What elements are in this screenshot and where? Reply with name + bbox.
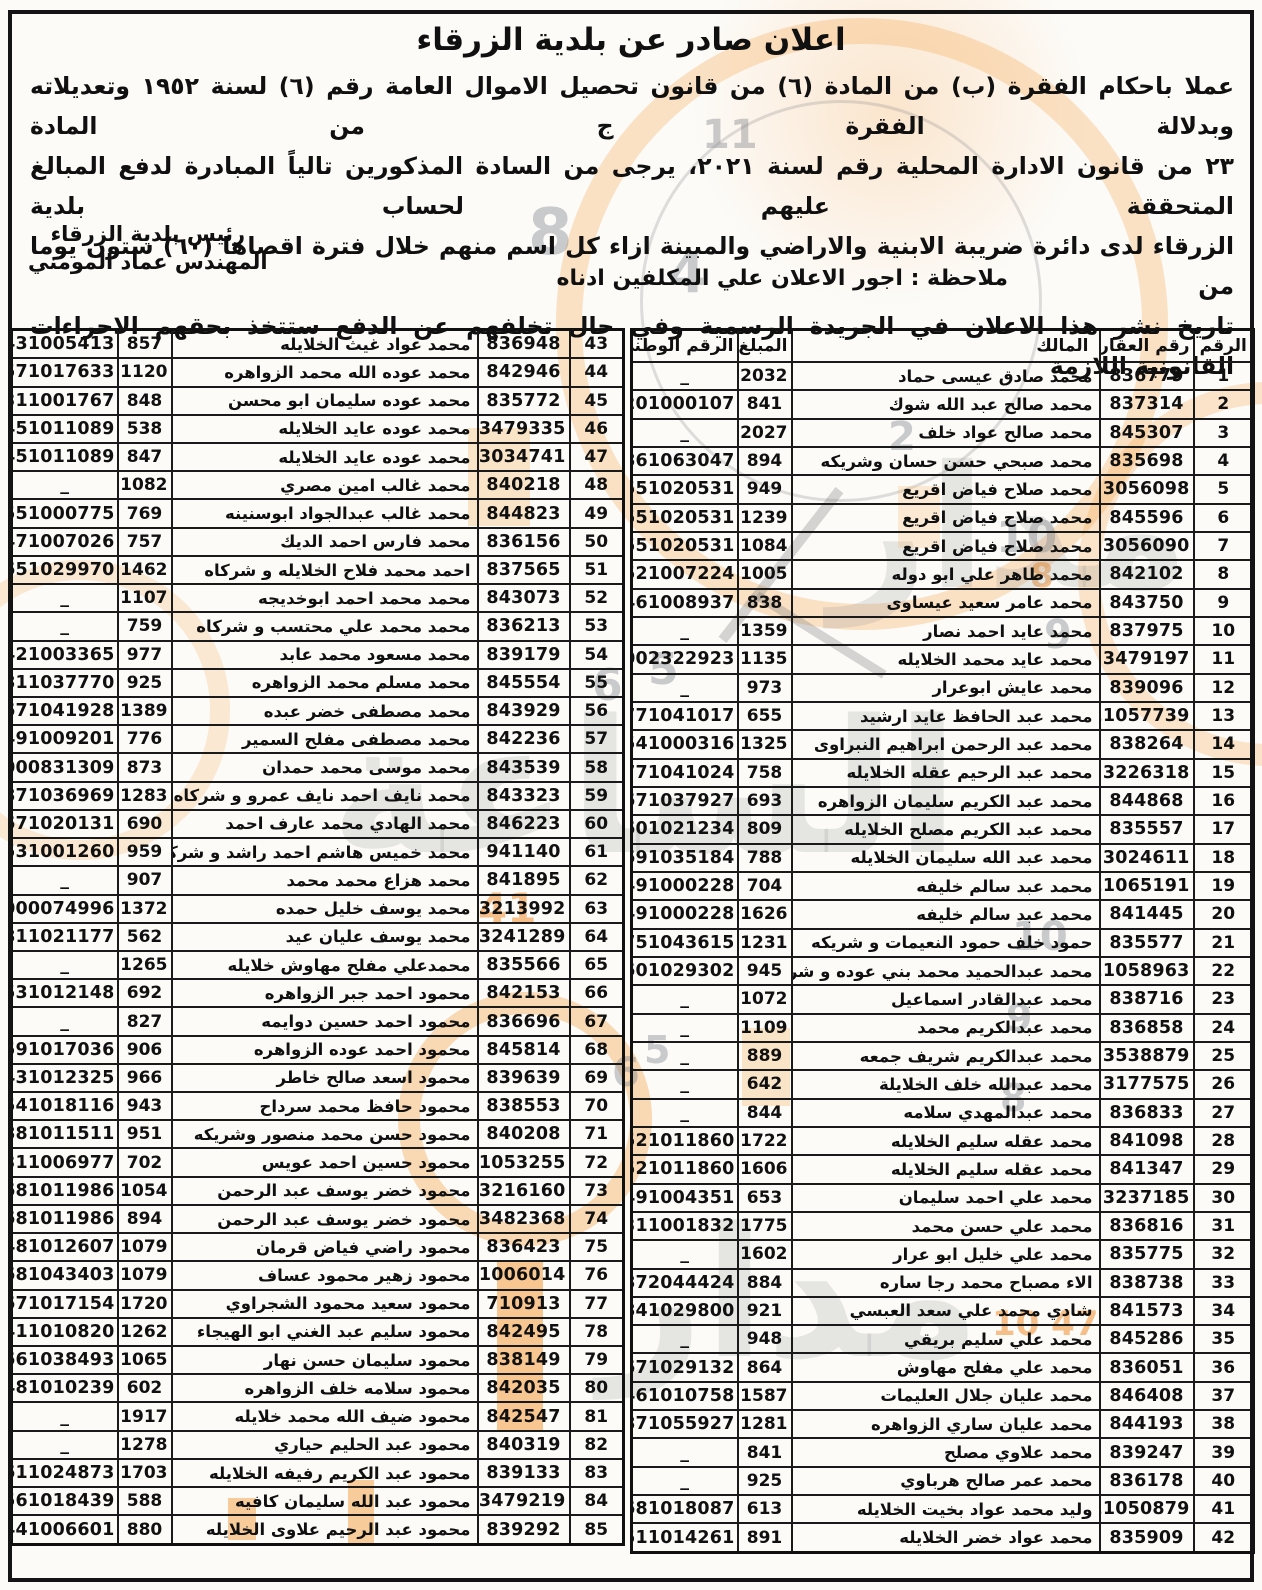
national-id-cell: 9881011511 — [12, 1120, 118, 1148]
table-row: 263177575محمد عبدالله خلف الخلايلة642_ — [632, 1070, 1254, 1098]
property-number-cell: 21053255 — [478, 1148, 570, 1176]
table-row: 253538879محمد عبدالكريم شريف جمعه889_ — [632, 1042, 1254, 1070]
amount-cell: 1135 — [738, 645, 792, 673]
property-number-cell: 845596 — [1100, 504, 1194, 532]
amount-cell: 880 — [118, 1515, 172, 1544]
row-number-cell: 18 — [1194, 844, 1254, 872]
national-id-cell: 9491000228 — [632, 900, 738, 928]
property-number-cell: 3213992 — [478, 895, 570, 923]
national-id-cell: 9872044424 — [632, 1269, 738, 1297]
row-number-cell: 10 — [1194, 617, 1254, 645]
body-line: عملا باحكام الفقرة (ب) من المادة (٦) من … — [30, 66, 1234, 146]
owner-name-cell: محمود اسعد صالح خاطر — [172, 1064, 478, 1092]
owner-name-cell: محمد عبد الكريم سليمان الزواهره — [792, 787, 1100, 815]
row-number-cell: 13 — [1194, 702, 1254, 730]
property-number-cell: 835775 — [1100, 1240, 1194, 1268]
owner-name-cell: محمد عوده عايد الخلايله — [172, 443, 478, 471]
national-id-cell: 9451011089 — [12, 443, 118, 471]
row-number-cell: 60 — [570, 810, 624, 838]
amount-cell: 1720 — [118, 1290, 172, 1318]
amount-cell: 1917 — [118, 1402, 172, 1430]
table-row: 643241289محمد يوسف عليان عيد562981102117… — [12, 923, 624, 951]
national-id-cell: 9671029132 — [632, 1353, 738, 1381]
table-row: 2837314محمد صالح عبد الله شوك84192010001… — [632, 390, 1254, 418]
property-number-cell: 841347 — [1100, 1155, 1194, 1183]
table-row: 48840218محمد غالب امين مصري1082_ — [12, 471, 624, 499]
amount-cell: 562 — [118, 923, 172, 951]
amount-cell: 1262 — [118, 1318, 172, 1346]
row-number-cell: 70 — [570, 1092, 624, 1120]
owner-name-cell: محمد نايف احمد نايف عمرو و شركاه — [172, 782, 478, 810]
row-number-cell: 47 — [570, 443, 624, 471]
row-number-cell: 30 — [1194, 1184, 1254, 1212]
property-number-cell: 1006014 — [478, 1261, 570, 1289]
row-number-cell: 36 — [1194, 1353, 1254, 1381]
amount-cell: 841 — [738, 1438, 792, 1466]
property-number-cell: 845814 — [478, 1036, 570, 1064]
property-number-cell: 3034741 — [478, 443, 570, 471]
property-number-cell: 836833 — [1100, 1099, 1194, 1127]
owner-name-cell: محمدعلي مفلح مهاوش خلايله — [172, 951, 478, 979]
property-number-cell: 844823 — [478, 499, 570, 527]
table-row: 6845596محمد صلاح فياض اقريع1239955102053… — [632, 504, 1254, 532]
national-id-cell: _ — [632, 419, 738, 447]
table-row: 77710913محمود سعيد محمود الشجراوي1720967… — [12, 1290, 624, 1318]
table-row: 85839292محمود عبد الرحيم علاوى الخلايله8… — [12, 1515, 624, 1544]
table-row: 303237185محمد علي احمد سليمان65394910043… — [632, 1184, 1254, 1212]
national-id-cell: 2002322923 — [632, 645, 738, 673]
table-row: 69839639محمود اسعد صالح خاطر966943101232… — [12, 1064, 624, 1092]
property-number-cell: 836156 — [478, 528, 570, 556]
amount-cell: 1626 — [738, 900, 792, 928]
row-number-cell: 85 — [570, 1515, 624, 1544]
national-id-cell: 9841029800 — [632, 1297, 738, 1325]
row-number-cell: 35 — [1194, 1325, 1254, 1353]
table-row: 61941140محمد خميس هاشم احمد راشد و شركاه… — [12, 838, 624, 866]
table-row: 35845286محمد علي سليم بريقي948_ — [632, 1325, 1254, 1353]
table-row: 56843929محمد مصطفى خضر عبده1389967104192… — [12, 697, 624, 725]
amount-cell: 841 — [738, 390, 792, 418]
national-id-cell: 9481010239 — [12, 1374, 118, 1402]
table-row: 1321057739محمد عبد الحافظ عايد ارشيد6559… — [632, 702, 1254, 730]
owner-name-cell: محمد عبد الكريم مصلح الخلايله — [792, 815, 1100, 843]
owner-name-cell: محمد عليان جلال العليمات — [792, 1382, 1100, 1410]
header-owner: المالك — [792, 330, 1100, 363]
owner-name-cell: محمد عوده سليمان ابو محسن — [172, 387, 478, 415]
national-id-cell: 9811021177 — [12, 923, 118, 951]
owner-name-cell: محمد عبد الرحمن ابراهيم النبراوى — [792, 730, 1100, 758]
national-id-cell: 9691035184 — [632, 844, 738, 872]
row-number-cell: 53 — [570, 612, 624, 640]
property-number-cell: 835909 — [1100, 1523, 1194, 1552]
property-number-cell: 3479335 — [478, 415, 570, 443]
row-number-cell: 22 — [1194, 957, 1254, 985]
property-number-cell: 836178 — [1100, 1467, 1194, 1495]
national-id-cell: 9461008937 — [632, 589, 738, 617]
property-number-cell: 843929 — [478, 697, 570, 725]
property-number-cell: 845286 — [1100, 1325, 1194, 1353]
table-row: 183024611محمد عبد الله سليمان الخلايله78… — [632, 844, 1254, 872]
owner-name-cell: محمود حسن محمد منصور وشريكه — [172, 1120, 478, 1148]
row-number-cell: 66 — [570, 979, 624, 1007]
national-id-cell: 9601021234 — [632, 815, 738, 843]
property-number-cell: 838716 — [1100, 985, 1194, 1013]
table-row: 27836833محمد عبدالمهدي سلامه844_ — [632, 1099, 1254, 1127]
national-id-cell: 9601029302 — [632, 957, 738, 985]
row-number-cell: 31 — [1194, 1212, 1254, 1240]
amount-cell: 847 — [118, 443, 172, 471]
row-number-cell: 14 — [1194, 730, 1254, 758]
national-id-cell: 9431012325 — [12, 1064, 118, 1092]
property-number-cell: 21057739 — [1100, 702, 1194, 730]
amount-cell: 1265 — [118, 951, 172, 979]
property-number-cell: 838553 — [478, 1092, 570, 1120]
amount-cell: 844 — [738, 1099, 792, 1127]
owner-name-cell: محمود سليم عبد الغني ابو الهيجاء — [172, 1318, 478, 1346]
property-number-cell: 836816 — [1100, 1212, 1194, 1240]
owner-name-cell: حمود خلف حمود النعيمات و شريكه — [792, 929, 1100, 957]
amount-cell: 1359 — [738, 617, 792, 645]
row-number-cell: 61 — [570, 838, 624, 866]
amount-cell: 538 — [118, 415, 172, 443]
table-row: 4835698محمد صبحي حسن حسان وشريكه89498610… — [632, 447, 1254, 475]
national-id-cell: 9651029970 — [12, 556, 118, 584]
property-number-cell: 3479219 — [478, 1487, 570, 1515]
amount-cell: 655 — [738, 702, 792, 730]
national-id-cell: _ — [12, 1007, 118, 1035]
national-id-cell: _ — [12, 866, 118, 894]
table-row: 70838553محمود حافظ محمد سرداح94395410181… — [12, 1092, 624, 1120]
national-id-cell: 9871036969 — [12, 782, 118, 810]
amount-cell: 613 — [738, 1495, 792, 1523]
national-id-cell: _ — [632, 1070, 738, 1098]
amount-cell: 894 — [118, 1205, 172, 1233]
national-id-cell: 9811037770 — [12, 669, 118, 697]
table-row: 843479219محمود عبد الله سليمان كافيه5889… — [12, 1487, 624, 1515]
owner-name-cell: محمد عبدالكريم محمد — [792, 1014, 1100, 1042]
amount-cell: 827 — [118, 1007, 172, 1035]
amount-cell: 857 — [118, 330, 172, 359]
property-number-cell: 836858 — [1100, 1014, 1194, 1042]
table-row: 12839096محمد عايش ابوعرار973_ — [632, 674, 1254, 702]
owner-name-cell: محمد صبحي حسن حسان وشريكه — [792, 447, 1100, 475]
national-id-cell: 9671037927 — [632, 787, 738, 815]
owner-name-cell: محمود سليمان حسن نهار — [172, 1346, 478, 1374]
owner-name-cell: محمد عبد الله سليمان الخلايله — [792, 844, 1100, 872]
owner-name-cell: محمود خضر يوسف عبد الرحمن — [172, 1205, 478, 1233]
national-id-cell: 9551020531 — [632, 504, 738, 532]
row-number-cell: 84 — [570, 1487, 624, 1515]
property-number-cell: 3216160 — [478, 1177, 570, 1205]
header-row-number: الرقم — [1194, 330, 1254, 363]
amount-cell: 1325 — [738, 730, 792, 758]
owner-name-cell: محمود عبد الله سليمان كافيه — [172, 1487, 478, 1515]
national-id-cell: 9311001832 — [632, 1212, 738, 1240]
table-row: 83839133محمود عبد الكريم رفيفه الخلايله1… — [12, 1459, 624, 1487]
national-id-cell: 9681011986 — [12, 1177, 118, 1205]
table-row: 36836051محمد علي مفلح مهاوش8649671029132 — [632, 1353, 1254, 1381]
property-number-cell: 836213 — [478, 612, 570, 640]
taxpayers-table-rows-1-42: الرقم رقم العقار المالك المبلغ الرقم الو… — [630, 328, 1255, 1554]
property-number-cell: 835772 — [478, 387, 570, 415]
national-id-cell: _ — [12, 1431, 118, 1459]
table-row: 37846408محمد عليان جلال العليمات15879461… — [632, 1382, 1254, 1410]
property-number-cell: 843750 — [1100, 589, 1194, 617]
amount-cell: 1602 — [738, 1240, 792, 1268]
amount-cell: 2027 — [738, 419, 792, 447]
property-number-cell: 842153 — [478, 979, 570, 1007]
row-number-cell: 56 — [570, 697, 624, 725]
national-id-cell: 9541000316 — [632, 730, 738, 758]
national-id-cell: 9521011860 — [632, 1127, 738, 1155]
amount-cell: 943 — [118, 1092, 172, 1120]
amount-cell: 848 — [118, 387, 172, 415]
national-id-cell: _ — [632, 985, 738, 1013]
owner-name-cell: محمد عايد محمد الخلايله — [792, 645, 1100, 673]
property-number-cell: 842547 — [478, 1402, 570, 1430]
property-number-cell: 839179 — [478, 641, 570, 669]
row-number-cell: 42 — [1194, 1523, 1254, 1552]
table-row: 71840208محمود حسن محمد منصور وشريكه95198… — [12, 1120, 624, 1148]
table-row: 3845307محمد صالح عواد خلف2027_ — [632, 419, 1254, 447]
owner-name-cell: محمود عبد الحليم حياري — [172, 1431, 478, 1459]
table-row: 33838738الاء مصباح محمد رجا ساره88498720… — [632, 1269, 1254, 1297]
property-number-cell: 842946 — [478, 358, 570, 386]
table-row: 14838264محمد عبد الرحمن ابراهيم النبراوى… — [632, 730, 1254, 758]
property-number-cell: 841895 — [478, 866, 570, 894]
national-id-cell: 9671017154 — [12, 1290, 118, 1318]
owner-name-cell: محمود سعيد محمود الشجراوي — [172, 1290, 478, 1318]
table-row: 31836816محمد علي حسن محمد17759311001832 — [632, 1212, 1254, 1240]
row-number-cell: 64 — [570, 923, 624, 951]
table-row: 23838716محمد عبدالقادر اسماعيل1072_ — [632, 985, 1254, 1013]
national-id-cell: 9531012148 — [12, 979, 118, 1007]
amount-cell: 1703 — [118, 1459, 172, 1487]
table-row: 62841895محمد هزاع محمد محمد907_ — [12, 866, 624, 894]
amount-cell: 1606 — [738, 1155, 792, 1183]
national-id-cell: _ — [632, 1240, 738, 1268]
table-row: 38844193محمد عليان ساري الزواهره12819871… — [632, 1410, 1254, 1438]
property-number-cell: 837975 — [1100, 617, 1194, 645]
property-number-cell: 842035 — [478, 1374, 570, 1402]
table-row: 58843539محمد موسى محمد حمدان873200083130… — [12, 753, 624, 781]
table-row: 17835557محمد عبد الكريم مصلح الخلايله809… — [632, 815, 1254, 843]
amount-cell: 1372 — [118, 895, 172, 923]
national-id-cell: _ — [632, 1325, 738, 1353]
table-row: 29841347محمد عقله سليم الخلايله160695210… — [632, 1155, 1254, 1183]
table-row: 633213992محمد يوسف خليل حمده137220000749… — [12, 895, 624, 923]
row-number-cell: 25 — [1194, 1042, 1254, 1070]
owner-name-cell: محمد علي سليم بريقي — [792, 1325, 1100, 1353]
announcement-title: اعلان صادر عن بلدية الزرقاء — [0, 22, 1262, 58]
property-number-cell: 842495 — [478, 1318, 570, 1346]
national-id-cell: 9671020131 — [12, 810, 118, 838]
row-number-cell: 2 — [1194, 390, 1254, 418]
national-id-cell: 9451011089 — [12, 415, 118, 443]
property-number-cell: 3056090 — [1100, 532, 1194, 560]
owner-name-cell: محمد عبدالمهدي سلامه — [792, 1099, 1100, 1127]
row-number-cell: 20 — [1194, 900, 1254, 928]
property-number-cell: 838149 — [478, 1346, 570, 1374]
owner-name-cell: محمد عقله سليم الخلايله — [792, 1127, 1100, 1155]
property-number-cell: 3024611 — [1100, 844, 1194, 872]
property-number-cell: 836423 — [478, 1233, 570, 1261]
property-number-cell: 843539 — [478, 753, 570, 781]
row-number-cell: 62 — [570, 866, 624, 894]
row-number-cell: 21 — [1194, 929, 1254, 957]
national-id-cell: 9491000228 — [632, 872, 738, 900]
row-number-cell: 58 — [570, 753, 624, 781]
owner-name-cell: محمود عبد الكريم رفيفه الخلايله — [172, 1459, 478, 1487]
row-number-cell: 78 — [570, 1318, 624, 1346]
row-number-cell: 24 — [1194, 1014, 1254, 1042]
announcement-content: اعلان صادر عن بلدية الزرقاء عملا باحكام … — [0, 0, 1262, 1590]
amount-cell: 1775 — [738, 1212, 792, 1240]
amount-cell: 1054 — [118, 1177, 172, 1205]
table-row: 473034741محمد عوده عايد الخلايله84794510… — [12, 443, 624, 471]
national-id-cell: 9671041928 — [12, 697, 118, 725]
amount-cell: 602 — [118, 1374, 172, 1402]
property-number-cell: 840319 — [478, 1431, 570, 1459]
owner-name-cell: محمد مصطفى خضر عبده — [172, 697, 478, 725]
table-row: 733216160محمود خضر يوسف عبد الرحمن105496… — [12, 1177, 624, 1205]
owner-name-cell: محمد هزاع محمد محمد — [172, 866, 478, 894]
property-number-cell: 836696 — [478, 1007, 570, 1035]
table-row: 9843750محمد عامر سعيد عيساوى838946100893… — [632, 589, 1254, 617]
row-number-cell: 28 — [1194, 1127, 1254, 1155]
property-number-cell: 835698 — [1100, 447, 1194, 475]
national-id-cell: 9531001260 — [12, 838, 118, 866]
national-id-cell: 9551000775 — [12, 499, 118, 527]
row-number-cell: 3 — [1194, 419, 1254, 447]
amount-cell: 692 — [118, 979, 172, 1007]
row-number-cell: 76 — [570, 1261, 624, 1289]
national-id-cell: _ — [632, 617, 738, 645]
national-id-cell: _ — [12, 1402, 118, 1430]
amount-cell: 948 — [738, 1325, 792, 1353]
amount-cell: 704 — [738, 872, 792, 900]
table-row: 40836178محمد عمر صالح هرباوي925_ — [632, 1467, 1254, 1495]
national-id-cell: 9681043403 — [12, 1261, 118, 1289]
owner-name-cell: محمد عواد خضر الخلايله — [792, 1523, 1100, 1552]
row-number-cell: 48 — [570, 471, 624, 499]
property-number-cell: 3482368 — [478, 1205, 570, 1233]
row-number-cell: 19 — [1194, 872, 1254, 900]
amount-cell: 1587 — [738, 1382, 792, 1410]
property-number-cell: 941140 — [478, 838, 570, 866]
row-number-cell: 34 — [1194, 1297, 1254, 1325]
amount-cell: 884 — [738, 1269, 792, 1297]
property-number-cell: 21050879 — [1100, 1495, 1194, 1523]
row-number-cell: 1 — [1194, 362, 1254, 390]
owner-name-cell: محمد عبدالقادر اسماعيل — [792, 985, 1100, 1013]
property-number-cell: 21058963 — [1100, 957, 1194, 985]
owner-name-cell: محمد صالح عواد خلف — [792, 419, 1100, 447]
row-number-cell: 77 — [570, 1290, 624, 1318]
table-row: 78842495محمود سليم عبد الغني ابو الهيجاء… — [12, 1318, 624, 1346]
amount-cell: 977 — [118, 641, 172, 669]
property-number-cell: 835566 — [478, 951, 570, 979]
amount-cell: 702 — [118, 1148, 172, 1176]
property-number-cell: 838738 — [1100, 1269, 1194, 1297]
amount-cell: 838 — [738, 589, 792, 617]
table-row: 79838149محمود سليمان حسن نهار10659661038… — [12, 1346, 624, 1374]
owner-name-cell: محمد عبدالله خلف الخلايلة — [792, 1070, 1100, 1098]
owner-name-cell: محمد غالب امين مصري — [172, 471, 478, 499]
property-number-cell: 836779 — [1100, 362, 1194, 390]
property-number-cell: 3226318 — [1100, 759, 1194, 787]
national-id-cell: 9471007026 — [12, 528, 118, 556]
amount-cell: 1082 — [118, 471, 172, 499]
table-row: 4121050879وليد محمد عواد بخيت الخلايله61… — [632, 1495, 1254, 1523]
row-number-cell: 39 — [1194, 1438, 1254, 1466]
table-row: 52843073محمد محمد احمد ابوخديجه1107_ — [12, 584, 624, 612]
amount-cell: 776 — [118, 725, 172, 753]
row-number-cell: 46 — [570, 415, 624, 443]
row-number-cell: 16 — [1194, 787, 1254, 815]
owner-name-cell: وليد محمد عواد بخيت الخلايله — [792, 1495, 1100, 1523]
table-row: 743482368محمود خضر يوسف عبد الرحمن894968… — [12, 1205, 624, 1233]
owner-name-cell: محمد يوسف خليل حمده — [172, 895, 478, 923]
row-number-cell: 7 — [1194, 532, 1254, 560]
table-row: 1836779محمد صادق عيسى حماد2032_ — [632, 362, 1254, 390]
amount-cell: 921 — [738, 1297, 792, 1325]
owner-name-cell: محمد خميس هاشم احمد راشد و شركاه — [172, 838, 478, 866]
row-number-cell: 71 — [570, 1120, 624, 1148]
property-number-cell: 3241289 — [478, 923, 570, 951]
property-number-cell: 841098 — [1100, 1127, 1194, 1155]
owner-name-cell: محمد مسلم محمد الزواهره — [172, 669, 478, 697]
national-id-cell: _ — [632, 362, 738, 390]
amount-cell: 1239 — [738, 504, 792, 532]
owner-name-cell: محمود خضر يوسف عبد الرحمن — [172, 1177, 478, 1205]
owner-name-cell: محمد محمد علي محتسب و شركاه — [172, 612, 478, 640]
national-id-cell: 9521011860 — [632, 1155, 738, 1183]
amount-cell: 809 — [738, 815, 792, 843]
table-row: 20841445محمد عبد سالم خليفه1626949100022… — [632, 900, 1254, 928]
owner-name-cell: محمود احمد حسين دوايمه — [172, 1007, 478, 1035]
amount-cell: 1072 — [738, 985, 792, 1013]
amount-cell: 769 — [118, 499, 172, 527]
property-number-cell: 835577 — [1100, 929, 1194, 957]
row-number-cell: 68 — [570, 1036, 624, 1064]
table-row: 45835772محمد عوده سليمان ابو محسن8489311… — [12, 387, 624, 415]
row-number-cell: 65 — [570, 951, 624, 979]
table-row: 34841573شادي محمد علي سعد العبسي92198410… — [632, 1297, 1254, 1325]
property-number-cell: 21065191 — [1100, 872, 1194, 900]
amount-cell: 1231 — [738, 929, 792, 957]
owner-name-cell: محمد علي مفلح مهاوش — [792, 1353, 1100, 1381]
table-row: 68845814محمود احمد عوده الزواهره90695910… — [12, 1036, 624, 1064]
row-number-cell: 33 — [1194, 1269, 1254, 1297]
property-number-cell: 842236 — [478, 725, 570, 753]
table-row: 49844823محمد غالب عبدالجواد ابوسنينه7699… — [12, 499, 624, 527]
owner-name-cell: محمد صالح عبد الله شوك — [792, 390, 1100, 418]
owner-name-cell: محمود حسين احمد عويس — [172, 1148, 478, 1176]
national-id-cell: 9431005413 — [12, 330, 118, 359]
national-id-cell: 9491004351 — [632, 1184, 738, 1212]
owner-name-cell: محمد عبدالحميد محمد بني عوده و شريكته — [792, 957, 1100, 985]
table-row: 59843323محمد نايف احمد نايف عمرو و شركاه… — [12, 782, 624, 810]
national-id-cell: 9311001767 — [12, 387, 118, 415]
row-number-cell: 57 — [570, 725, 624, 753]
property-number-cell: 837314 — [1100, 390, 1194, 418]
table-row: 60846223محمد الهادي محمد عارف احمد690967… — [12, 810, 624, 838]
table-row: 66842153محمود احمد جبر الزواهره692953101… — [12, 979, 624, 1007]
owner-name-cell: محمد عليان ساري الزواهره — [792, 1410, 1100, 1438]
owner-name-cell: محمود زهير محمود عساف — [172, 1261, 478, 1289]
national-id-cell: 9411010820 — [12, 1318, 118, 1346]
